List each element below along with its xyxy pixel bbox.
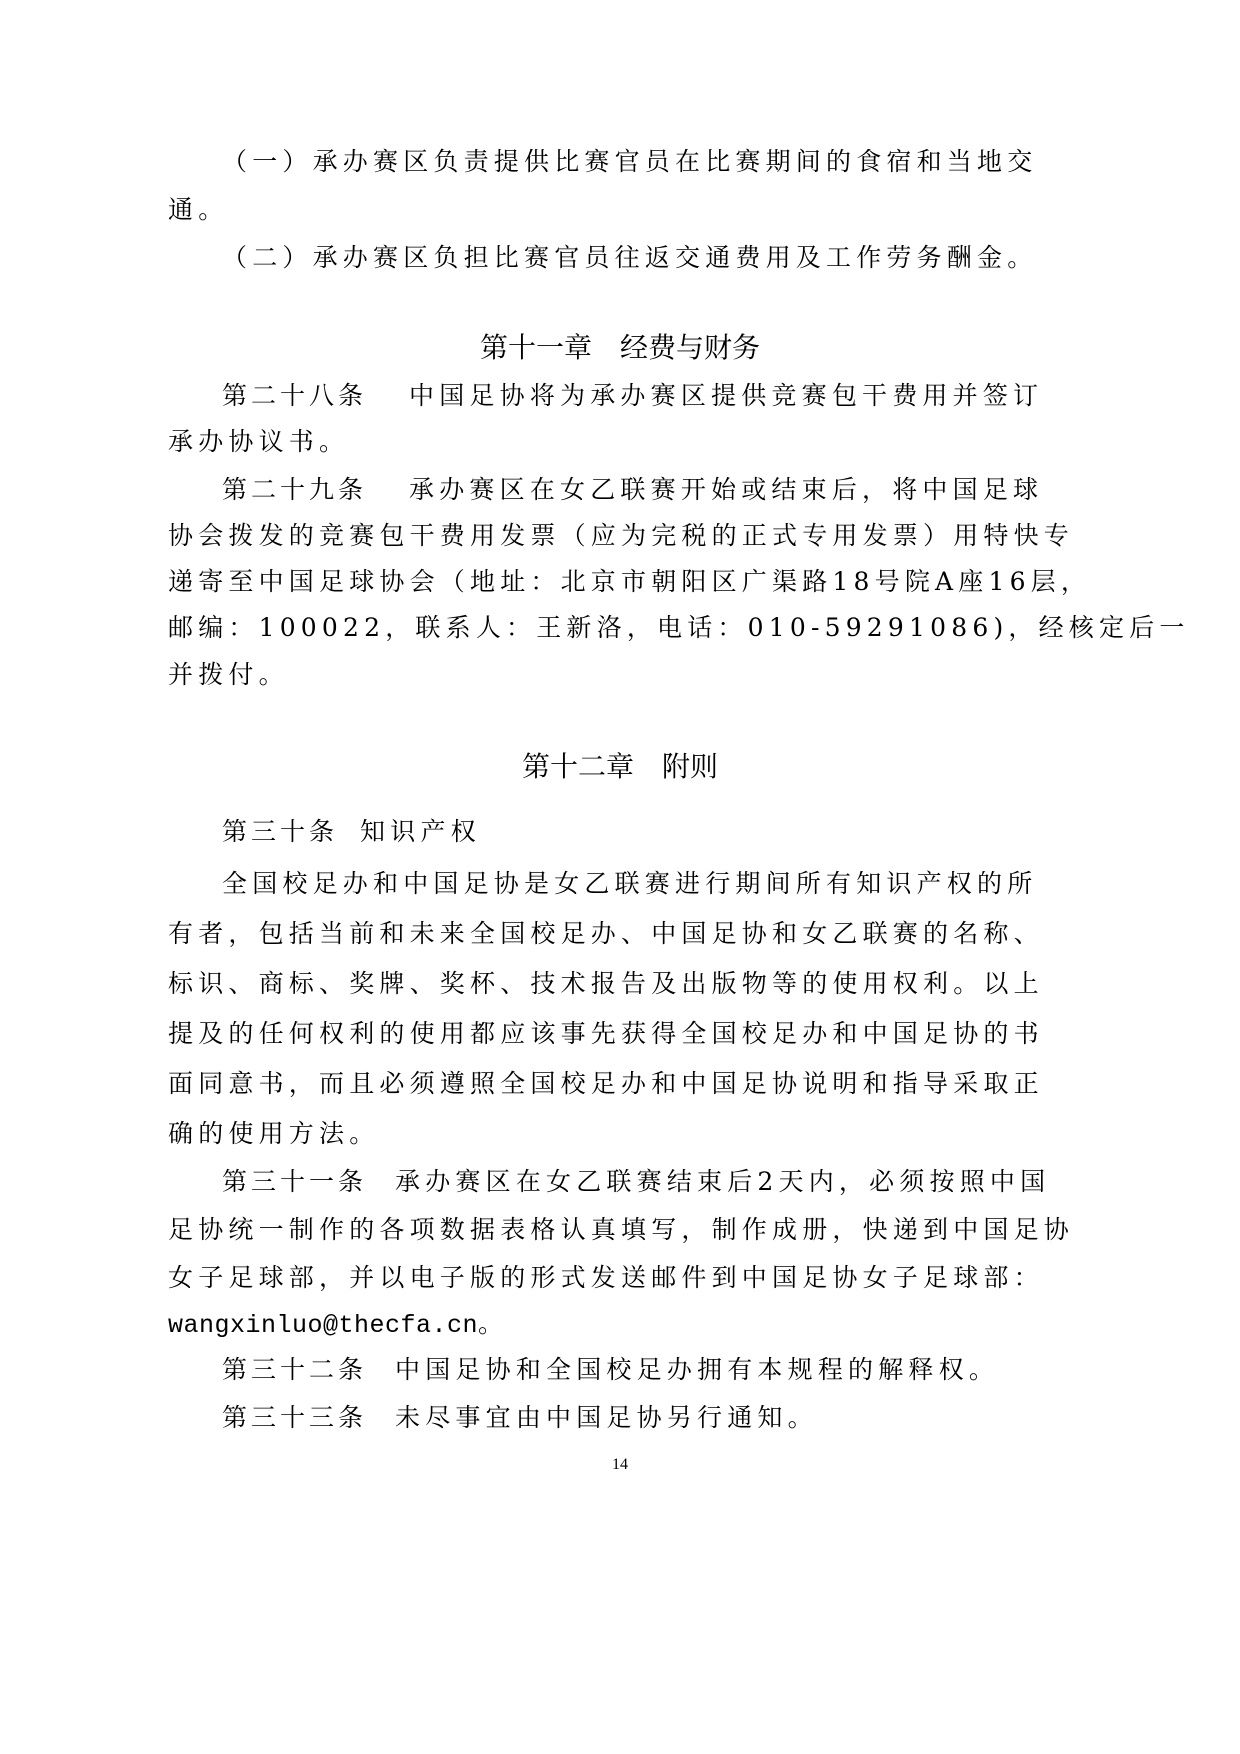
article-30-para-line-2: 有者，包括当前和未来全国校足办、中国足协和女乙联赛的名称、 (168, 919, 1044, 949)
article-32-label: 第三十二条 (222, 1355, 367, 1384)
article-31-line-1: 第三十一条承办赛区在女乙联赛结束后2天内，必须按照中国 (222, 1167, 1050, 1197)
article-30-label: 第三十条 (222, 817, 338, 846)
article-30-title: 知识产权 (360, 817, 481, 846)
article-32-text: 中国足协和全国校足办拥有本规程的解释权。 (395, 1355, 999, 1384)
article-29-line-5: 并拨付。 (168, 660, 289, 690)
article-30-para-line-1: 全国校足办和中国足协是女乙联赛进行期间所有知识产权的所 (222, 869, 1037, 899)
article-28-text: 中国足协将为承办赛区提供竞赛包干费用并签订 (409, 381, 1043, 410)
item-1-line-1: （一）承办赛区负责提供比赛官员在比赛期间的食宿和当地交 (222, 147, 1037, 177)
article-29-line-1: 第二十九条承办赛区在女乙联赛开始或结束后，将中国足球 (222, 475, 1043, 505)
article-31-line-2: 足协统一制作的各项数据表格认真填写，制作成册，快递到中国足协 (168, 1215, 1074, 1245)
page-number: 14 (0, 1456, 1240, 1474)
article-28-line-1: 第二十八条中国足协将为承办赛区提供竞赛包干费用并签订 (222, 381, 1043, 411)
article-30-para-line-4: 提及的任何权利的使用都应该事先获得全国校足办和中国足协的书 (168, 1019, 1044, 1049)
article-28-label: 第二十八条 (222, 381, 367, 410)
article-30-para-line-5: 面同意书，而且必须遵照全国校足办和中国足协说明和指导采取正 (168, 1069, 1044, 1099)
article-32: 第三十二条中国足协和全国校足办拥有本规程的解释权。 (222, 1355, 999, 1385)
item-2: （二）承办赛区负担比赛官员往返交通费用及工作劳务酬金。 (222, 243, 1037, 273)
article-28-line-2: 承办协议书。 (168, 427, 349, 457)
chapter-12-title: 第十二章 附则 (0, 750, 1240, 784)
article-29-line-2: 协会拨发的竞赛包干费用发票（应为完税的正式专用发票）用特快专 (168, 521, 1074, 551)
article-33-label: 第三十三条 (222, 1403, 367, 1432)
item-1-line-2: 通。 (168, 195, 228, 225)
article-30-heading: 第三十条知识产权 (222, 817, 481, 847)
article-33-text: 未尽事宜由中国足协另行通知。 (395, 1403, 818, 1432)
article-31-text: 承办赛区在女乙联赛结束后2天内，必须按照中国 (395, 1167, 1050, 1196)
article-29-line-4: 邮编：100022，联系人：王新洛，电话：010-59291086)，经核定后一 (168, 613, 1190, 643)
chapter-11-title: 第十一章 经费与财务 (0, 331, 1240, 365)
article-31-label: 第三十一条 (222, 1167, 367, 1196)
article-29-text: 承办赛区在女乙联赛开始或结束后，将中国足球 (409, 475, 1043, 504)
article-29-label: 第二十九条 (222, 475, 367, 504)
article-30-para-line-6: 确的使用方法。 (168, 1119, 379, 1149)
article-33: 第三十三条未尽事宜由中国足协另行通知。 (222, 1403, 818, 1433)
article-30-para-line-3: 标识、商标、奖牌、奖杯、技术报告及出版物等的使用权利。以上 (168, 969, 1044, 999)
article-31-line-3: 女子足球部，并以电子版的形式发送邮件到中国足协女子足球部： (168, 1263, 1044, 1293)
article-29-line-3: 递寄至中国足球协会（地址：北京市朝阳区广渠路18号院A座16层， (168, 567, 1091, 597)
article-31-email-line: wangxinluo@thecfa.cn。 (168, 1311, 504, 1341)
